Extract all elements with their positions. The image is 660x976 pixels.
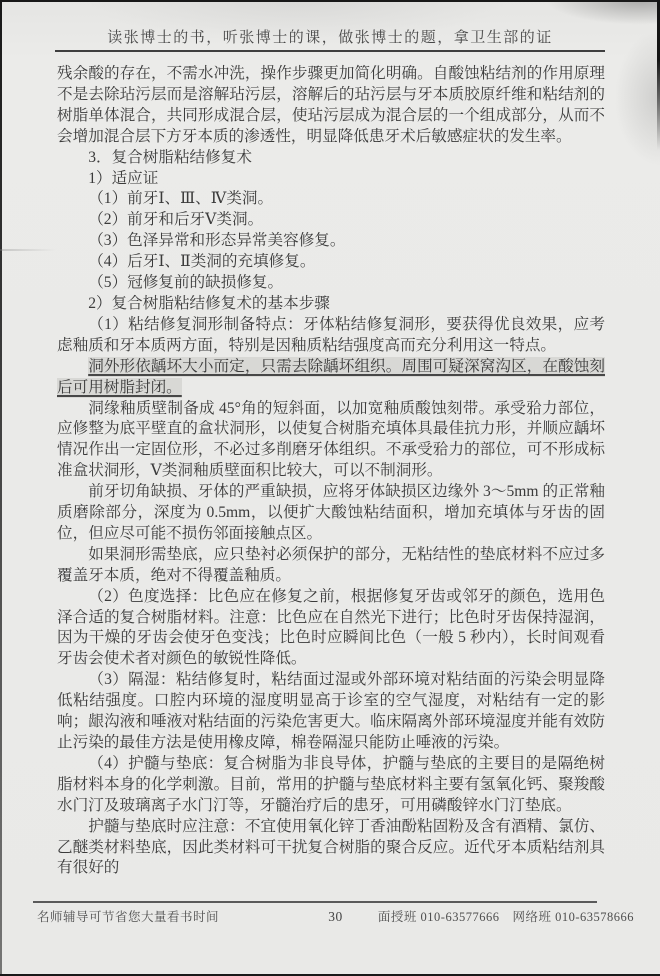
list-item: （1）前牙Ⅰ、Ⅲ、Ⅳ类洞。 (57, 189, 605, 210)
body-paragraph: （3）隔湿：粘结修复时，粘结面过湿或外部环境对粘结面的污染会明显降低粘结强度。口… (57, 670, 605, 754)
footer-slogan: 名师辅导可节省您大量看书时间 (37, 907, 316, 925)
body-paragraph: 残余酸的存在，不需水冲洗，操作步骤更加简化明确。自酸蚀粘结剂的作用原理不是去除玷… (57, 64, 605, 148)
footer-rule (33, 901, 597, 903)
list-item: （4）后牙Ⅰ、Ⅱ类洞的充填修复。 (57, 252, 605, 273)
list-item: （5）冠修复前的缺损修复。 (57, 273, 605, 294)
subheading-indications: 1）适应证 (57, 169, 605, 190)
list-item: （2）前牙和后牙Ⅴ类洞。 (57, 210, 605, 231)
body-paragraph: 护髓与垫底时应注意：不宜使用氧化锌丁香油酚粘固粉及含有酒精、氯仿、乙醚类材料垫底… (57, 817, 605, 880)
scanned-page: 读张博士的书，听张博士的课，做张博士的题，拿卫生部的证 残余酸的存在，不需水冲洗… (0, 0, 660, 976)
list-item: （3）色泽异常和形态异常美容修复。 (57, 231, 605, 252)
body-paragraph: 如果洞形需垫底，应只垫衬必须保护的部分，无粘结性的垫底材料不应过多覆盖牙本质，绝… (57, 545, 605, 587)
body-paragraph: （2）色度选择：比色应在修复之前，根据修复牙齿或邻牙的颜色，选用色泽合适的复合树… (57, 587, 605, 671)
scan-crease-artifact (0, 249, 56, 251)
scan-edge-left (0, 0, 2, 976)
highlight-underline-text: 洞外形依龋坏大小而定，只需去除龋坏组织。周围可疑深窝沟区，在酸蚀刻后可用树脂封闭… (57, 357, 605, 398)
body-paragraph: （1）粘结修复洞形制备特点：牙体粘结修复洞形，要获得优良效果，应考虑釉质和牙本质… (57, 315, 605, 357)
header-rule (55, 50, 605, 52)
body-paragraph: 洞缘釉质壁制备成 45°角的短斜面，以加宽釉质酸蚀刻带。承受𬌗力部位，应修整为底… (57, 399, 605, 483)
page-footer: 名师辅导可节省您大量看书时间 30 面授班 010-63577666 网络班 0… (37, 907, 634, 925)
section-heading-composite-resin: 3．复合树脂粘结修复术 (57, 148, 605, 169)
page-number: 30 (316, 909, 356, 925)
body-paragraph: 前牙切角缺损、牙体的严重缺损，应将牙体缺损区边缘外 3～5mm 的正常釉质磨除部… (57, 482, 605, 545)
footer-contact: 面授班 010-63577666 网络班 010-63578666 (356, 907, 635, 925)
scan-edge-top (0, 0, 660, 2)
subheading-basic-steps: 2）复合树脂粘结修复术的基本步骤 (57, 294, 605, 315)
document-body: 残余酸的存在，不需水冲洗，操作步骤更加简化明确。自酸蚀粘结剂的作用原理不是去除玷… (57, 64, 605, 879)
header-slogan: 读张博士的书，听张博士的课，做张博士的题，拿卫生部的证 (0, 26, 660, 47)
highlighted-paragraph: 洞外形依龋坏大小而定，只需去除龋坏组织。周围可疑深窝沟区，在酸蚀刻后可用树脂封闭… (57, 357, 605, 399)
body-paragraph: （4）护髓与垫底：复合树脂为非良导体，护髓与垫底的主要目的是隔绝树脂材料本身的化… (57, 754, 605, 817)
